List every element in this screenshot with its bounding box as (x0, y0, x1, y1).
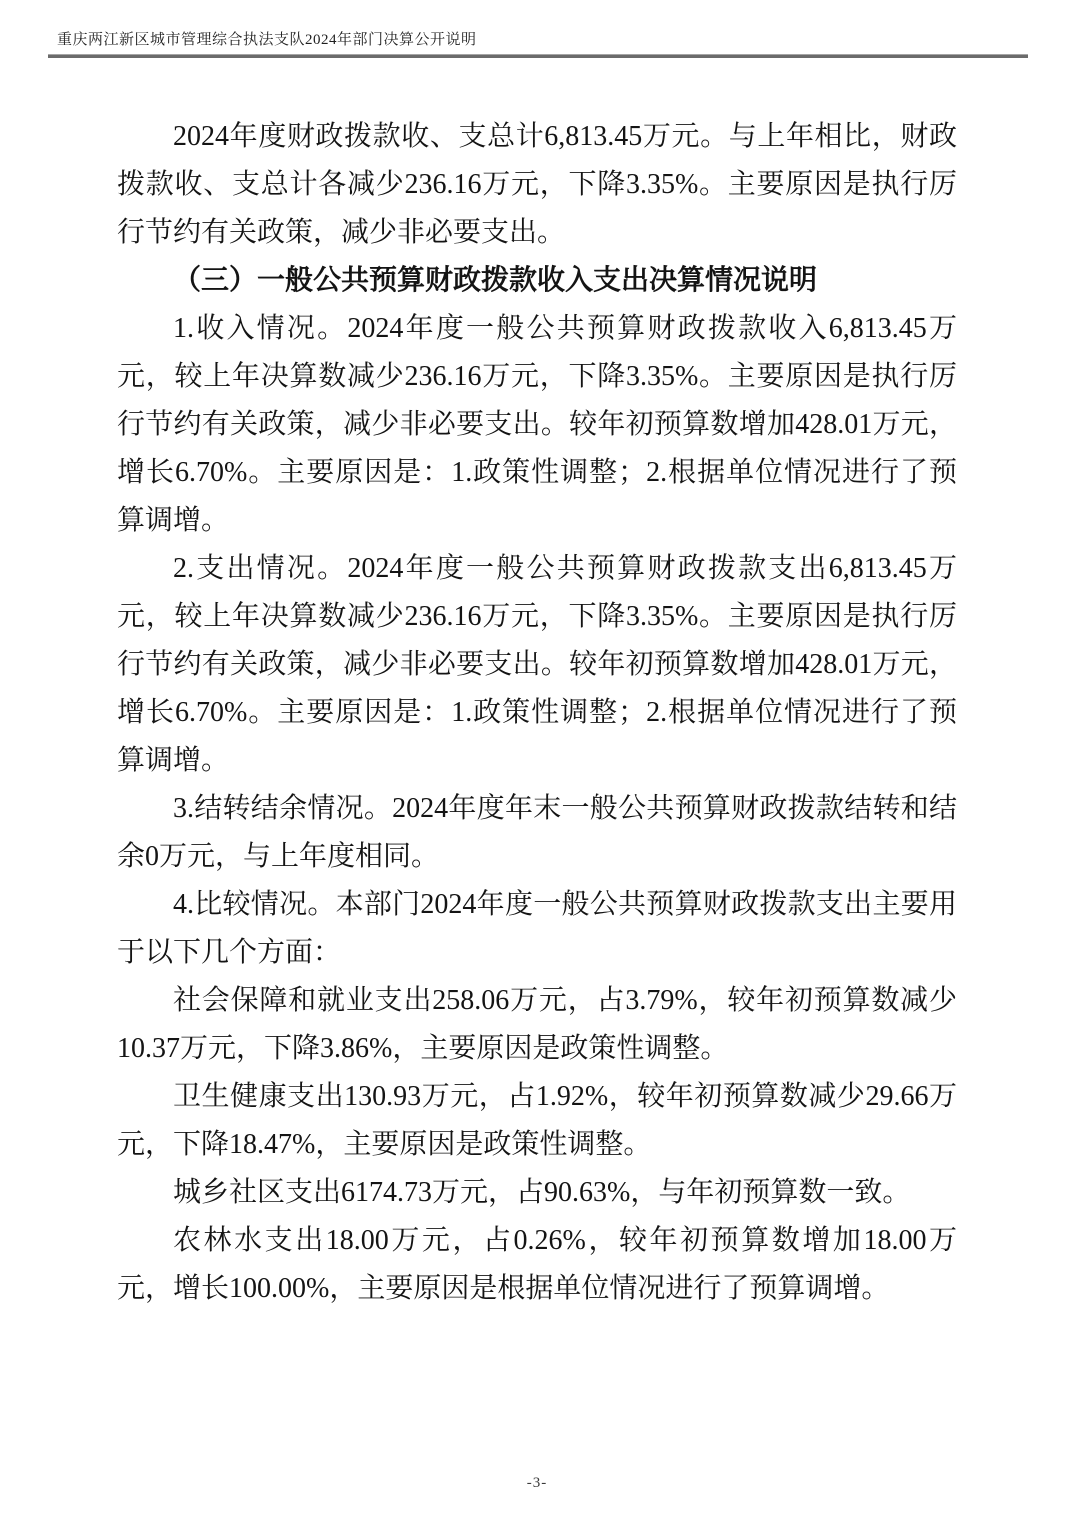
para-agriculture-forestry-water-expenditure: 农林水支出18.00万元，占0.26%，较年初预算数增加18.00万元，增长10… (117, 1217, 957, 1313)
document-body: 2024年度财政拨款收、支总计6,813.45万元。与上年相比，财政拨款收、支总… (117, 113, 957, 1313)
section-heading: （三）一般公共预算财政拨款收入支出决算情况说明 (117, 257, 957, 305)
para-health-expenditure: 卫生健康支出130.93万元，占1.92%，较年初预算数减少29.66万元，下降… (117, 1073, 957, 1169)
para-urban-rural-community-expenditure: 城乡社区支出6174.73万元，占90.63%，与年初预算数一致。 (117, 1169, 957, 1217)
page-number: -3- (527, 1475, 548, 1491)
header-divider (48, 54, 1028, 58)
para-income-situation: 1.收入情况。2024年度一般公共预算财政拨款收入6,813.45万元，较上年决… (117, 305, 957, 545)
page-header: 重庆两江新区城市管理综合执法支队2024年部门决算公开说明 (57, 28, 1027, 49)
document-page: 重庆两江新区城市管理综合执法支队2024年部门决算公开说明 2024年度财政拨款… (0, 0, 1074, 1520)
para-expenditure-situation: 2.支出情况。2024年度一般公共预算财政拨款支出6,813.45万元，较上年决… (117, 545, 957, 785)
header-title: 重庆两江新区城市管理综合执法支队2024年部门决算公开说明 (57, 32, 477, 48)
para-fiscal-total-summary: 2024年度财政拨款收、支总计6,813.45万元。与上年相比，财政拨款收、支总… (117, 113, 957, 257)
para-comparison-intro: 4.比较情况。本部门2024年度一般公共预算财政拨款支出主要用于以下几个方面： (117, 881, 957, 977)
para-carryover-balance: 3.结转结余情况。2024年度年末一般公共预算财政拨款结转和结余0万元，与上年度… (117, 785, 957, 881)
para-social-security-expenditure: 社会保障和就业支出258.06万元，占3.79%，较年初预算数减少10.37万元… (117, 977, 957, 1073)
page-footer: -3- (0, 1474, 1074, 1492)
